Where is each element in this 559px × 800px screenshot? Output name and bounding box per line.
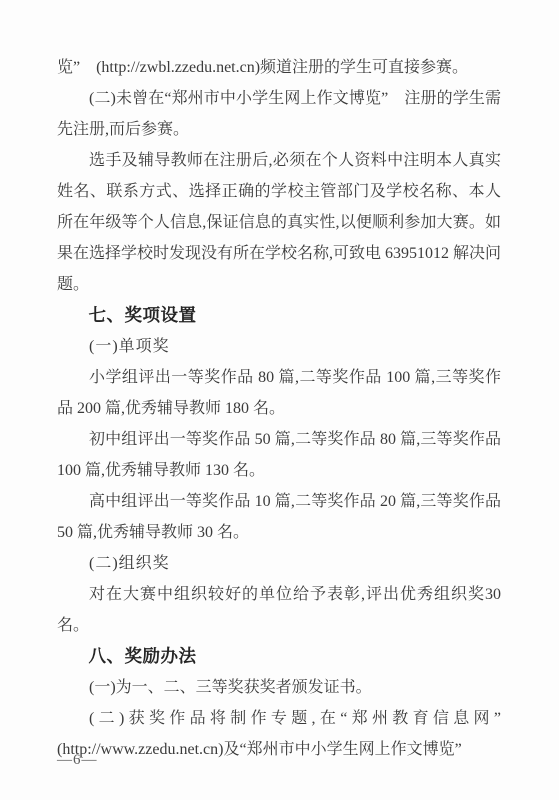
paragraph-registration-rule: (二)未曾在“郑州市中小学生网上作文博览” 注册的学生需先注册,而后参赛。 — [57, 83, 501, 145]
paragraph-continuation: 览” (http://zwbl.zzedu.net.cn)频道注册的学生可直接参… — [57, 52, 501, 83]
paragraph-organization-award-detail: 对在大赛中组织较好的单位给予表彰,评出优秀组织奖30名。 — [57, 579, 501, 641]
page-number: —6— — [57, 749, 98, 771]
paragraph-junior-high-awards: 初中组评出一等奖作品 50 篇,二等奖作品 80 篇,三等奖作品 100 篇,优… — [57, 424, 501, 486]
paragraph-winning-works-publication: (二)获奖作品将制作专题,在“郑州教育信息网”(http://www.zzedu… — [57, 703, 501, 765]
sub-heading-individual-awards: (一)单项奖 — [57, 331, 501, 362]
paragraph-senior-high-awards: 高中组评出一等奖作品 10 篇,二等奖作品 20 篇,三等奖作品 50 篇,优秀… — [57, 486, 501, 548]
section-heading-reward-methods: 八、奖励办法 — [57, 641, 501, 672]
paragraph-profile-requirements: 选手及辅导教师在注册后,必须在个人资料中注明本人真实姓名、联系方式、选择正确的学… — [57, 145, 501, 300]
sub-heading-organization-award: (二)组织奖 — [57, 548, 501, 579]
document-body: 览” (http://zwbl.zzedu.net.cn)频道注册的学生可直接参… — [57, 52, 501, 765]
section-heading-awards-setup: 七、奖项设置 — [57, 300, 501, 331]
paragraph-primary-school-awards: 小学组评出一等奖作品 80 篇,二等奖作品 100 篇,三等奖作品 200 篇,… — [57, 362, 501, 424]
paragraph-certificates: (一)为一、二、三等奖获奖者颁发证书。 — [57, 672, 501, 703]
document-page: 览” (http://zwbl.zzedu.net.cn)频道注册的学生可直接参… — [0, 0, 559, 800]
